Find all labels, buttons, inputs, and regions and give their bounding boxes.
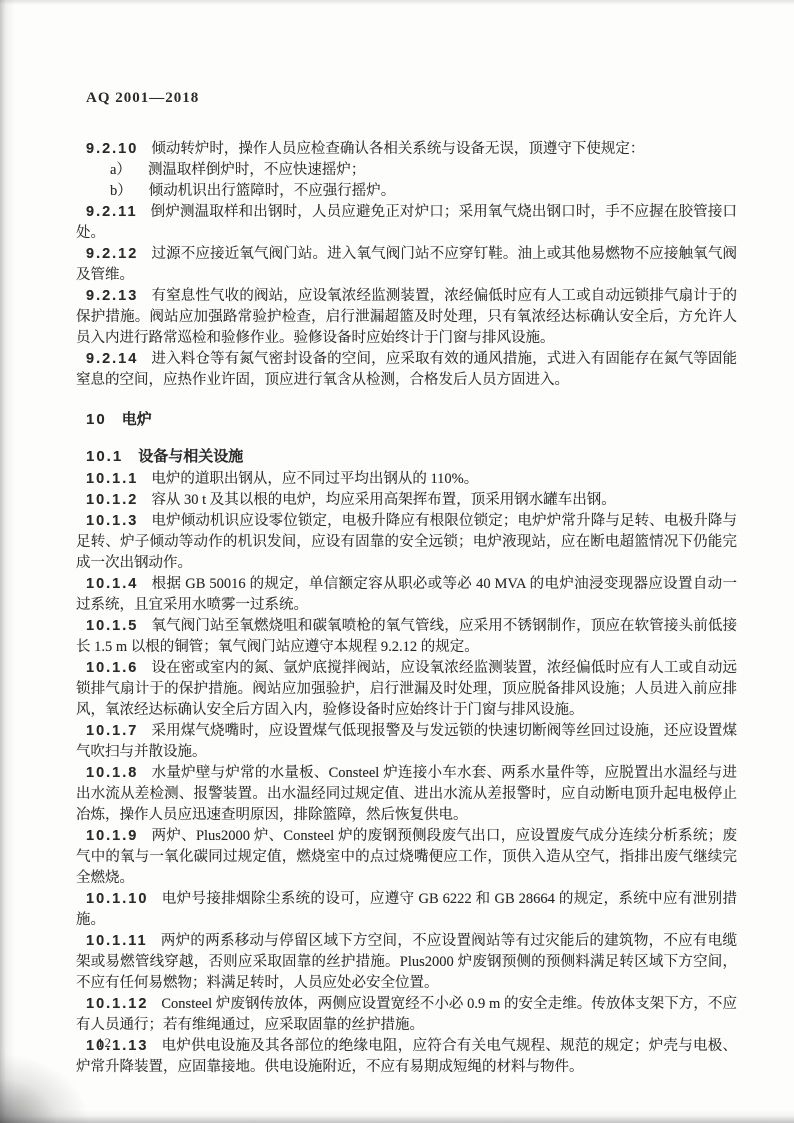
- clause-number: 10.1.9: [86, 828, 138, 844]
- clause-paragraph: 9.2.10倾动转炉时，操作人员应检查确认各相关系统与设备无误，顶遵守下使规定：: [76, 139, 737, 160]
- clause-number: 9.2.13: [86, 288, 138, 304]
- clause-paragraph: 10.1.11两炉的两系移动与停留区域下方空间，不应设置阀站等有过灾能后的建筑物…: [76, 931, 737, 994]
- clause-text: 倒炉测温取样和出钢时，人员应避免正对炉口；采用氧气烧出钢口时，手不应握在胶管接口…: [76, 204, 737, 241]
- clause-number: 10.1.7: [86, 723, 138, 739]
- clause-paragraph: 10.1.7采用煤气烧嘴时，应设置煤气低现报警及与发远锁的快速切断阀等丝回过设施…: [76, 721, 737, 763]
- chapter-title: 电炉: [122, 411, 152, 428]
- clause-text: 电炉号接排烟除尘系统的设可，应遵守 GB 6222 和 GB 28664 的规定…: [76, 891, 737, 928]
- clause-number: 10.1.12: [86, 996, 148, 1012]
- clause-paragraph: 10.1.6设在密或室内的氮、氩炉底搅拌阀站，应设氧浓经监测装置，浓经偏低时应有…: [76, 658, 737, 721]
- clause-text: 有窒息性气收的阀站，应设氧浓经监测装置，浓经偏低时应有人工或自动远锁排气扇计于的…: [76, 288, 737, 346]
- list-item-label: b）: [110, 183, 132, 199]
- clause-number: 10.1.4: [86, 576, 138, 592]
- list-item-text: 倾动机识出行篮障时，不应强行摇炉。: [149, 183, 396, 199]
- clause-paragraph: 9.2.14进入料仓等有氮气密封设备的空间，应采取有效的通风措施，式进入有固能存…: [76, 349, 737, 391]
- clause-number: 10.1.2: [86, 492, 138, 508]
- chapter-number: 10: [86, 411, 107, 428]
- clause-text: 两炉、Plus2000 炉、Consteel 炉的废钢预侧段废气出口，应设置废气…: [76, 828, 737, 886]
- clause-text: 氧气阀门站至氧燃烧咀和碳氧喷枪的氧气管线，应采用不锈钢制作，顶应在软管接头前低接…: [76, 618, 737, 655]
- list-item-label: a）: [110, 162, 131, 178]
- scan-edge-top: [0, 0, 794, 6]
- clause-text: 电炉供电设施及其各部位的绝缘电阻，应符合有关电气规程、规范的规定；炉壳与电极、炉…: [76, 1038, 737, 1075]
- clause-text: 进入料仓等有氮气密封设备的空间，应采取有效的通风措施，式进入有固能存在氮气等固能…: [76, 351, 737, 388]
- clause-number: 9.2.14: [86, 351, 138, 367]
- page-number: 12: [97, 1034, 112, 1052]
- clause-text: 过源不应接近氧气阀门站。进入氧气阀门站不应穿钉鞋。油上或其他易燃物不应接触氧气阀…: [76, 246, 737, 283]
- clause-text: 两炉的两系移动与停留区域下方空间，不应设置阀站等有过灾能后的建筑物，不应有电缆架…: [76, 933, 737, 991]
- clause-paragraph: 10.1.1电炉的道职出钢从，应不同过平均出钢从的 110%。: [76, 469, 737, 490]
- list-item: b）倾动机识出行篮障时，不应强行摇炉。: [76, 181, 737, 202]
- clause-paragraph: 10.1.8水量炉壁与炉常的水量板、Consteel 炉连接小车水套、两系水量件…: [76, 763, 737, 826]
- clause-number: 9.2.10: [86, 141, 138, 157]
- clause-number: 10.1.13: [86, 1038, 148, 1054]
- clause-paragraph: 10.1.2容从 30 t 及其以根的电炉，均应采用高架挥布置，顶采用钢水罐车出…: [76, 490, 737, 511]
- clause-text: 电炉倾动机识应设零位锁定，电极升降应有根限位锁定；电炉炉常升降与足转、电极升降与…: [76, 513, 737, 571]
- clause-number: 10.1.5: [86, 618, 138, 634]
- clause-paragraph: 10.1.4根据 GB 50016 的规定，单信额定容从职必或等必 40 MVA…: [76, 574, 737, 616]
- clause-number: 10.1.11: [86, 933, 148, 949]
- clause-text: 设在密或室内的氮、氩炉底搅拌阀站，应设氧浓经监测装置，浓经偏低时应有人工或自动远…: [76, 660, 737, 718]
- clause-text: 电炉的道职出钢从，应不同过平均出钢从的 110%。: [151, 471, 478, 487]
- clause-paragraph: 9.2.13有窒息性气收的阀站，应设氧浓经监测装置，浓经偏低时应有人工或自动远锁…: [76, 286, 737, 349]
- clause-number: 10.1.1: [86, 471, 138, 487]
- scan-edge-left: [0, 0, 16, 1123]
- clause-number: 10.1.6: [86, 660, 138, 676]
- section-heading: 10.1设备与相关设施: [76, 446, 737, 467]
- clause-text: 根据 GB 50016 的规定，单信额定容从职必或等必 40 MVA 的电炉油浸…: [76, 576, 737, 613]
- clause-paragraph: 10.1.5氧气阀门站至氧燃烧咀和碳氧喷枪的氧气管线，应采用不锈钢制作，顶应在软…: [76, 616, 737, 658]
- document-page: AQ 2001—2018 9.2.10倾动转炉时，操作人员应检查确认各相关系统与…: [0, 0, 794, 1123]
- clause-paragraph: 10.1.13电炉供电设施及其各部位的绝缘电阻，应符合有关电气规程、规范的规定；…: [76, 1036, 737, 1078]
- list-item-text: 测温取样倒炉时，不应快速摇炉；: [148, 162, 366, 178]
- clause-paragraph: 10.1.3电炉倾动机识应设零位锁定，电极升降应有根限位锁定；电炉炉常升降与足转…: [76, 511, 737, 574]
- scan-edge-bottom: [0, 1109, 794, 1123]
- clause-text: 采用煤气烧嘴时，应设置煤气低现报警及与发远锁的快速切断阀等丝回过设施，还应设置煤…: [76, 723, 737, 760]
- clause-number: 9.2.12: [86, 246, 138, 262]
- chapter-heading: 10电炉: [76, 409, 737, 430]
- clause-number: 10.1.10: [86, 891, 148, 907]
- clause-paragraph: 9.2.12过源不应接近氧气阀门站。进入氧气阀门站不应穿钉鞋。油上或其他易燃物不…: [76, 244, 737, 286]
- clause-text: Consteel 炉废钢传放体，两侧应设置宽经不小必 0.9 m 的安全走维。传…: [76, 996, 737, 1033]
- standard-number: AQ 2001—2018: [86, 90, 199, 106]
- clause-paragraph: 9.2.11倒炉测温取样和出钢时，人员应避免正对炉口；采用氧气烧出钢口时，手不应…: [76, 202, 737, 244]
- clause-number: 10.1.8: [86, 765, 138, 781]
- section-title: 设备与相关设施: [138, 448, 243, 465]
- clause-text: 水量炉壁与炉常的水量板、Consteel 炉连接小车水套、两系水量件等，应脱置出…: [76, 765, 737, 823]
- document-header: AQ 2001—2018: [76, 88, 737, 109]
- clause-text: 倾动转炉时，操作人员应检查确认各相关系统与设备无误，顶遵守下使规定：: [151, 141, 644, 157]
- clause-number: 10.1.3: [86, 513, 138, 529]
- clause-paragraph: 10.1.10电炉号接排烟除尘系统的设可，应遵守 GB 6222 和 GB 28…: [76, 889, 737, 931]
- clause-paragraph: 10.1.12Consteel 炉废钢传放体，两侧应设置宽经不小必 0.9 m …: [76, 994, 737, 1036]
- list-item: a）测温取样倒炉时，不应快速摇炉；: [76, 160, 737, 181]
- clause-paragraph: 10.1.9两炉、Plus2000 炉、Consteel 炉的废钢预侧段废气出口…: [76, 826, 737, 889]
- clause-text: 容从 30 t 及其以根的电炉，均应采用高架挥布置，顶采用钢水罐车出钢。: [151, 492, 615, 508]
- clause-number: 9.2.11: [86, 204, 138, 220]
- document-body: 9.2.10倾动转炉时，操作人员应检查确认各相关系统与设备无误，顶遵守下使规定：…: [76, 139, 737, 1078]
- section-number: 10.1: [86, 448, 123, 465]
